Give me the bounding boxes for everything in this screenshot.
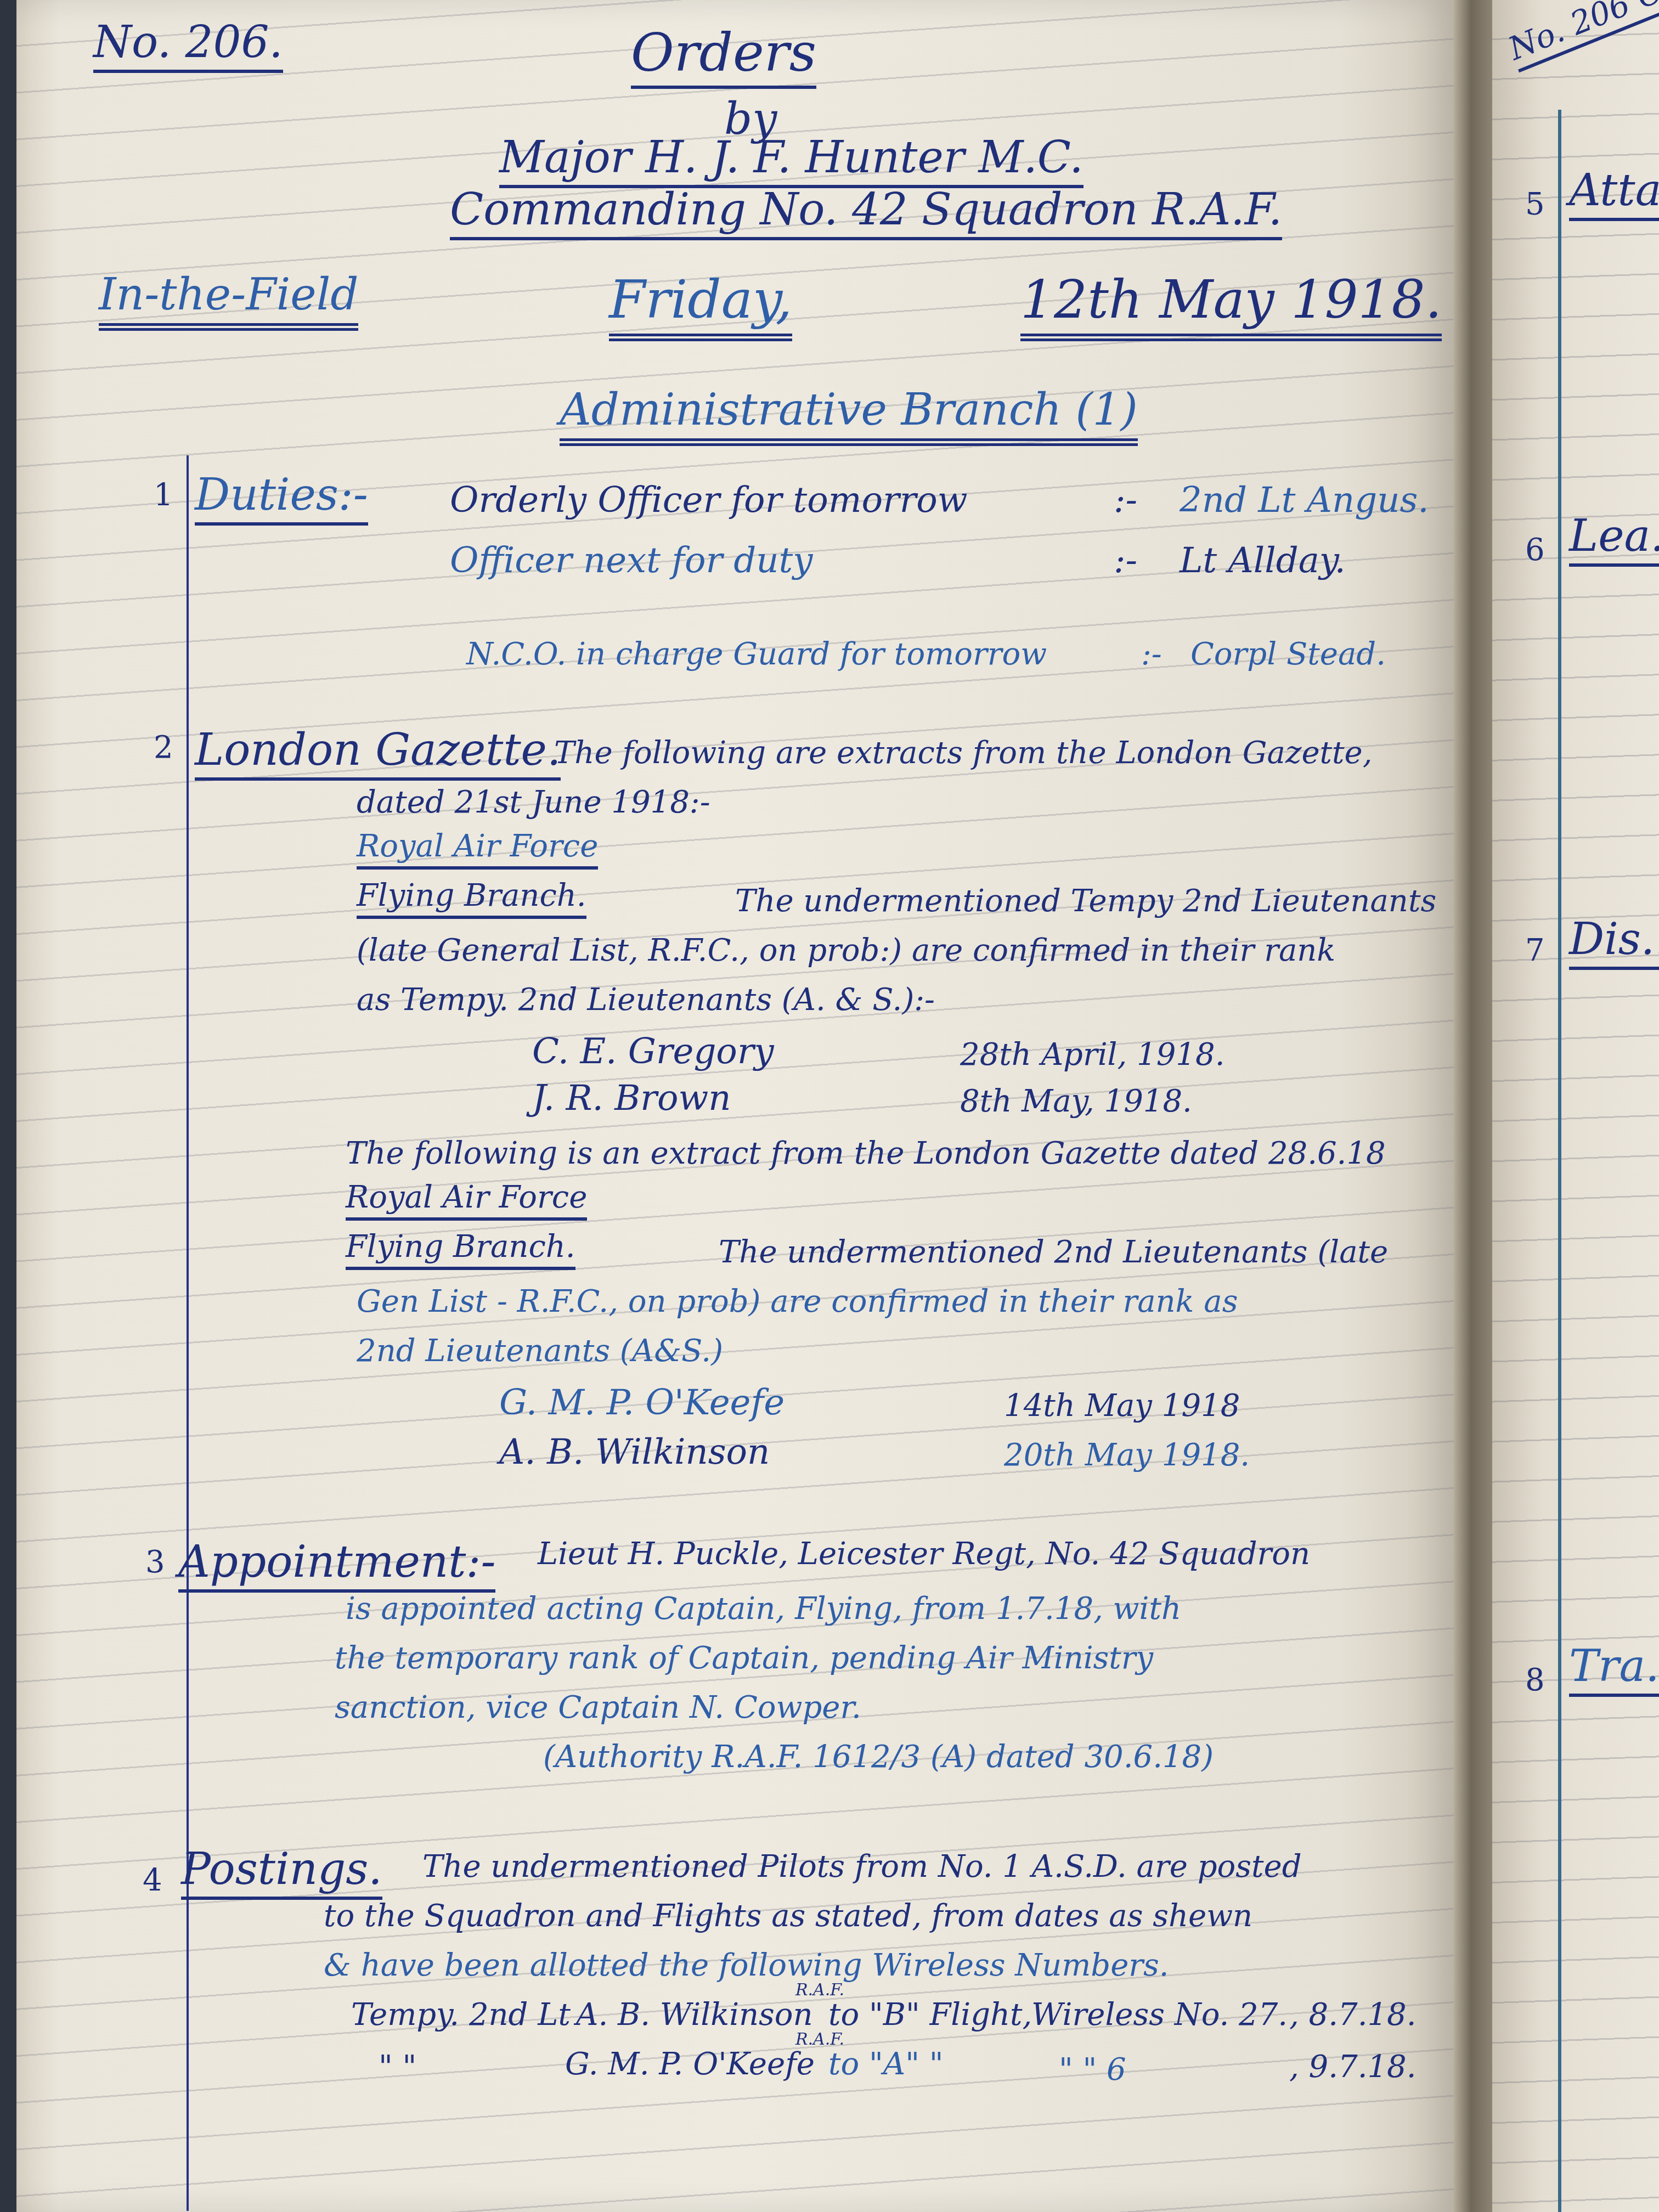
book-gutter (1454, 0, 1492, 2212)
officer-date: 20th May 1918. (1004, 1437, 1250, 1473)
posting-rank: " " (379, 2049, 416, 2085)
section-heading: Atta... (1569, 165, 1659, 221)
branch-subheading: Flying Branch. (346, 1229, 575, 1270)
posting-name: A. B. Wilkinson (576, 1997, 813, 2033)
gazette-intro: The following is an extract from the Lon… (346, 1136, 1386, 1171)
duty-sep: :- (1114, 540, 1137, 581)
section-number: 4 (143, 1863, 162, 1898)
postings-text: The undermentioned Pilots from No. 1 A.S… (422, 1849, 1301, 1884)
gazette-text: 2nd Lieutenants (A&S.) (357, 1333, 723, 1369)
section-number: 5 (1525, 187, 1545, 222)
date: 12th May 1918. (1020, 269, 1442, 341)
posting-wireless: " " 6 (1059, 2052, 1126, 2087)
appointment-text: the temporary rank of Captain, pending A… (335, 1640, 1153, 1676)
gazette-text: The undermentioned Tempy 2nd Lieutenants (735, 883, 1436, 919)
section-number: 8 (1525, 1662, 1545, 1698)
section-number: 7 (1525, 933, 1545, 968)
gazette-text: Gen List - R.F.C., on prob) are confirme… (357, 1284, 1238, 1319)
service-heading: Royal Air Force (346, 1180, 587, 1221)
section-heading: London Gazette. (195, 724, 561, 781)
duty-value: Lt Allday. (1180, 540, 1346, 581)
duty-value: 2nd Lt Angus. (1180, 480, 1429, 521)
posting-name: G. M. P. O'Keefe (565, 2046, 815, 2082)
duty-label: N.C.O. in charge Guard for tomorrow (466, 636, 1047, 672)
section-heading: Appointment:- (178, 1536, 495, 1593)
margin-rule (187, 455, 189, 2211)
posting-flight: to "B" Flight, (828, 1997, 1032, 2033)
officer-name: A. B. Wilkinson (499, 1432, 770, 1472)
posting-date: , 8.7.18. (1289, 1997, 1417, 2033)
duty-sep: :- (1114, 480, 1137, 521)
duty-sep: :- (1141, 636, 1162, 672)
section-heading: Lea... (1569, 510, 1659, 567)
appointment-text: sanction, vice Captain N. Cowper. (335, 1690, 861, 1725)
officer-name: C. E. Gregory (532, 1031, 774, 1072)
service-heading: Royal Air Force (357, 828, 598, 870)
facing-page-header: No. 206 Contd. (1503, 0, 1659, 72)
postings-text: & have been allotted the following Wirel… (324, 1948, 1169, 1983)
gazette-intro-date: dated 21st June 1918:- (357, 785, 710, 820)
posting-date: , 9.7.18. (1289, 2049, 1417, 2085)
left-page: No. 206. Orders by Major H. J. F. Hunter… (16, 0, 1454, 2212)
officer-date: 28th April, 1918. (960, 1037, 1224, 1073)
branch-subheading: Flying Branch. (357, 878, 586, 919)
authority-text: (Authority R.A.F. 1612/3 (A) dated 30.6.… (543, 1739, 1214, 1775)
duty-label: Orderly Officer for tomorrow (450, 480, 968, 521)
posting-flight: to "A" " (828, 2046, 944, 2082)
section-number: 3 (145, 1544, 165, 1580)
section-heading: Postings. (181, 1843, 382, 1900)
page-title: Orders (631, 22, 816, 89)
day: Friday, (609, 269, 792, 341)
order-number: No. 206. (93, 16, 283, 73)
duty-label: Officer next for duty (450, 540, 812, 581)
section-heading: Dis... (1569, 913, 1659, 970)
postings-text: to the Squadron and Flights as stated, f… (324, 1898, 1252, 1934)
appointment-text: Lieut H. Puckle, Leicester Regt, No. 42 … (538, 1536, 1310, 1572)
margin-rule (1558, 110, 1561, 2212)
duty-value: Corpl Stead. (1190, 636, 1386, 672)
officer-date: 8th May, 1918. (960, 1084, 1192, 1119)
section-number: 1 (154, 477, 173, 513)
appointment-text: is appointed acting Captain, Flying, fro… (346, 1591, 1181, 1627)
command: Commanding No. 42 Squadron R.A.F. (450, 184, 1282, 240)
right-page: No. 206 Contd. 5 Atta... 6 Lea... 7 Dis.… (1492, 0, 1659, 2212)
issuer: Major H. J. F. Hunter M.C. (499, 132, 1084, 188)
section-heading: Tra... (1569, 1640, 1659, 1697)
officer-date: 14th May 1918 (1004, 1388, 1240, 1424)
section-number: 2 (154, 730, 173, 765)
section-heading: Duties:- (195, 469, 368, 526)
posting-wireless: Wireless No. 27. (1031, 1997, 1288, 2033)
section-number: 6 (1525, 532, 1545, 568)
officer-name: J. R. Brown (532, 1078, 731, 1119)
gazette-text: as Tempy. 2nd Lieutenants (A. & S.):- (357, 982, 935, 1018)
location: In-the-Field (99, 269, 358, 331)
officer-name: G. M. P. O'Keefe (499, 1383, 785, 1423)
branch-heading: Administrative Branch (1) (560, 384, 1138, 446)
posting-rank: Tempy. 2nd Lt (351, 1997, 571, 2033)
gazette-text: (late General List, R.F.C., on prob:) ar… (357, 933, 1335, 968)
gazette-text: The undermentioned 2nd Lieutenants (late (719, 1234, 1388, 1270)
gazette-intro: The following are extracts from the Lond… (554, 735, 1373, 771)
